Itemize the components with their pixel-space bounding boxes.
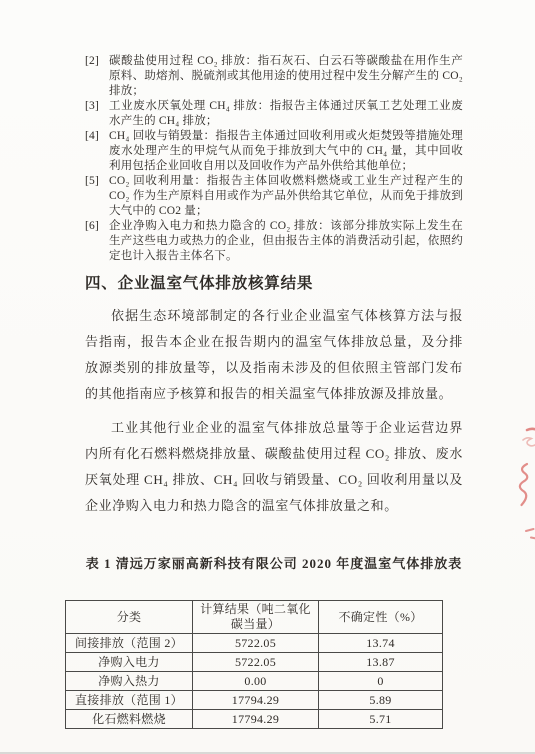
cell-value: 17794.29 bbox=[193, 691, 319, 710]
cell-uncertainty: 13.74 bbox=[319, 634, 443, 653]
header-category: 分类 bbox=[66, 601, 193, 634]
cell-category: 化石燃料燃烧 bbox=[66, 710, 193, 729]
cell-uncertainty: 13.87 bbox=[319, 653, 443, 672]
footnote-item: [2] 碳酸盐使用过程 CO₂ 排放：指石灰石、白云石等碳酸盐在用作生产原料、助… bbox=[85, 54, 463, 99]
footnote-text: 工业废水厌氧处理 CH₄ 排放：指报告主体通过厌氧工艺处理工业废水产生的 CH₄… bbox=[109, 99, 463, 129]
body-paragraph-1: 依据生态环境部制定的各行业企业温室气体核算方法与报告指南，报告本企业在报告期内的… bbox=[85, 303, 463, 407]
table-title: 表 1 清远万家丽高新科技有限公司 2020 年度温室气体排放表 bbox=[85, 553, 463, 572]
footnote-marker: [5] bbox=[85, 174, 109, 219]
emissions-table: 分类 计算结果（吨二氧化碳当量） 不确定性（%） 间接排放（范围 2） 5722… bbox=[65, 600, 443, 729]
body-paragraph-2: 工业其他行业企业的温室气体排放总量等于企业运营边界内所有化石燃料燃烧排放量、碳酸… bbox=[85, 415, 463, 519]
footnote-marker: [4] bbox=[85, 129, 109, 174]
cell-category: 净购入热力 bbox=[66, 672, 193, 691]
cell-category: 净购入电力 bbox=[66, 653, 193, 672]
footnote-text: CH₄ 回收与销毁量：指报告主体通过回收利用或火炬焚毁等措施处理废水处理产生的甲… bbox=[109, 129, 463, 174]
section-heading: 四、企业温室气体排放核算结果 bbox=[85, 271, 463, 293]
page-content: [2] 碳酸盐使用过程 CO₂ 排放：指石灰石、白云石等碳酸盐在用作生产原料、助… bbox=[85, 54, 463, 729]
footnote-item: [4] CH₄ 回收与销毁量：指报告主体通过回收利用或火炬焚毁等措施处理废水处理… bbox=[85, 129, 463, 174]
red-pen-marks-icon bbox=[500, 420, 535, 550]
footnote-marker: [2] bbox=[85, 54, 109, 99]
cell-value: 5722.05 bbox=[193, 634, 319, 653]
footnote-item: [5] CO₂ 回收利用量：指报告主体回收燃料燃烧或工业生产过程产生的 CO₂ … bbox=[85, 174, 463, 219]
table-row: 化石燃料燃烧 17794.29 5.71 bbox=[66, 710, 443, 729]
cell-value: 17794.29 bbox=[193, 710, 319, 729]
cell-uncertainty: 5.89 bbox=[319, 691, 443, 710]
footnote-text: 企业净购入电力和热力隐含的 CO₂ 排放：该部分排放实际上发生在生产这些电力或热… bbox=[109, 219, 463, 264]
footnote-marker: [6] bbox=[85, 219, 109, 264]
footnote-list: [2] 碳酸盐使用过程 CO₂ 排放：指石灰石、白云石等碳酸盐在用作生产原料、助… bbox=[85, 54, 463, 264]
cell-category: 直接排放（范围 1） bbox=[66, 691, 193, 710]
table-header-row: 分类 计算结果（吨二氧化碳当量） 不确定性（%） bbox=[66, 601, 443, 634]
table-row: 净购入电力 5722.05 13.87 bbox=[66, 653, 443, 672]
header-result: 计算结果（吨二氧化碳当量） bbox=[193, 601, 319, 634]
table-row: 直接排放（范围 1） 17794.29 5.89 bbox=[66, 691, 443, 710]
cell-category: 间接排放（范围 2） bbox=[66, 634, 193, 653]
cell-value: 5722.05 bbox=[193, 653, 319, 672]
cell-uncertainty: 5.71 bbox=[319, 710, 443, 729]
header-uncertainty: 不确定性（%） bbox=[319, 601, 443, 634]
footnote-text: 碳酸盐使用过程 CO₂ 排放：指石灰石、白云石等碳酸盐在用作生产原料、助熔剂、脱… bbox=[109, 54, 463, 99]
cell-value: 0.00 bbox=[193, 672, 319, 691]
footnote-text: CO₂ 回收利用量：指报告主体回收燃料燃烧或工业生产过程产生的 CO₂ 作为生产… bbox=[109, 174, 463, 219]
cell-uncertainty: 0 bbox=[319, 672, 443, 691]
footnote-marker: [3] bbox=[85, 99, 109, 129]
table-row: 净购入热力 0.00 0 bbox=[66, 672, 443, 691]
footnote-item: [6] 企业净购入电力和热力隐含的 CO₂ 排放：该部分排放实际上发生在生产这些… bbox=[85, 219, 463, 264]
footnote-item: [3] 工业废水厌氧处理 CH₄ 排放：指报告主体通过厌氧工艺处理工业废水产生的… bbox=[85, 99, 463, 129]
table-row: 间接排放（范围 2） 5722.05 13.74 bbox=[66, 634, 443, 653]
document-page: [2] 碳酸盐使用过程 CO₂ 排放：指石灰石、白云石等碳酸盐在用作生产原料、助… bbox=[0, 0, 535, 754]
